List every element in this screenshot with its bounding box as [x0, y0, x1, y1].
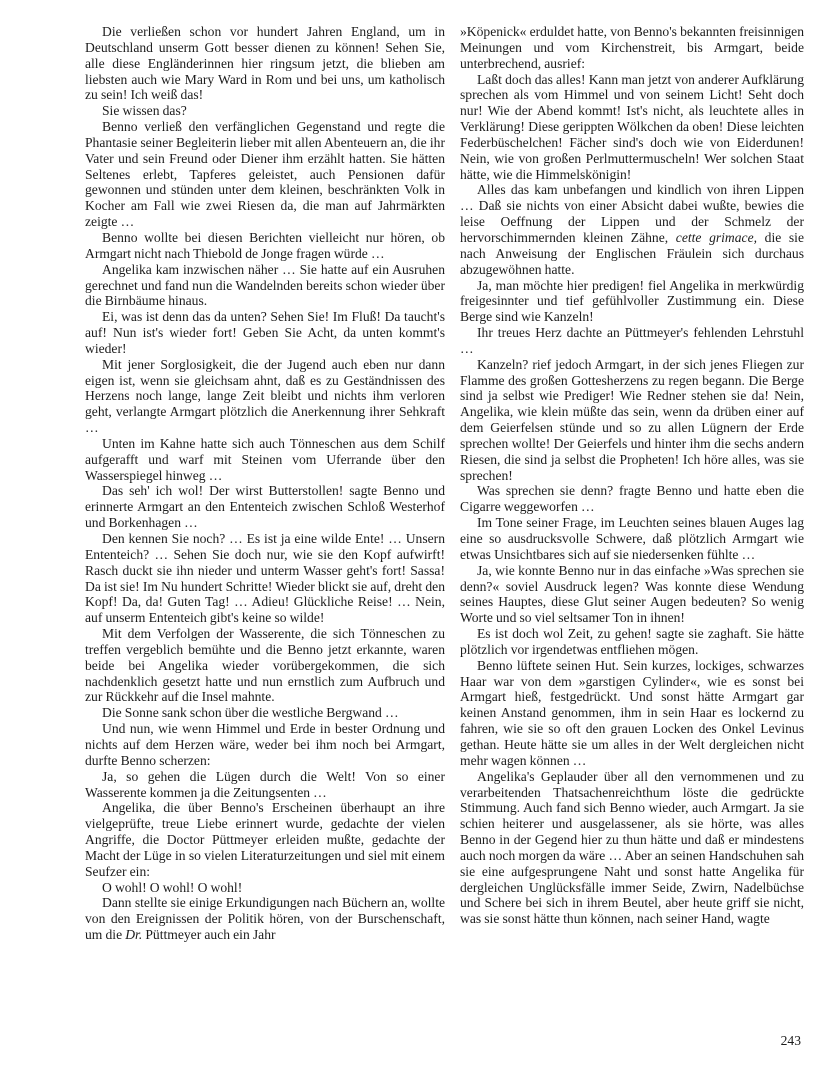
text-run: Mit dem Verfolgen der Wasserente, die si…	[85, 626, 445, 704]
text-run: Mit jener Sorglosigkeit, die der Jugend …	[85, 357, 445, 435]
paragraph: Benno lüftete seinen Hut. Sein kurzes, l…	[460, 658, 804, 769]
paragraph: Ja, wie konnte Benno nur in das einfache…	[460, 563, 804, 626]
text-run: »Köpenick« erduldet hatte, von Benno's b…	[460, 24, 804, 71]
paragraph: Angelika's Geplauder über all den vernom…	[460, 769, 804, 927]
paragraph: Alles das kam unbefangen und kindlich vo…	[460, 182, 804, 277]
text-run: Püttmeyer auch ein Jahr	[142, 927, 275, 942]
text-run: Im Tone seiner Frage, im Leuchten seines…	[460, 515, 804, 562]
text-columns: Die verließen schon vor hundert Jahren E…	[85, 24, 804, 943]
text-run: Angelika kam inzwischen näher … Sie hatt…	[85, 262, 445, 309]
paragraph: Angelika kam inzwischen näher … Sie hatt…	[85, 262, 445, 310]
text-run: Unten im Kahne hatte sich auch Tönnesche…	[85, 436, 445, 483]
text-run: Ei, was ist denn das da unten? Sehen Sie…	[85, 309, 445, 356]
italic-text: cette grimace,	[676, 230, 757, 245]
paragraph: Benno verließ den verfänglichen Gegensta…	[85, 119, 445, 230]
paragraph: Dann stellte sie einige Erkundigungen na…	[85, 895, 445, 943]
paragraph: Im Tone seiner Frage, im Leuchten seines…	[460, 515, 804, 563]
paragraph: Die Sonne sank schon über die westliche …	[85, 705, 445, 721]
left-column: Die verließen schon vor hundert Jahren E…	[85, 24, 445, 943]
text-run: Ja, so gehen die Lügen durch die Welt! V…	[85, 769, 445, 800]
text-run: Kanzeln? rief jedoch Armgart, in der sic…	[460, 357, 804, 483]
text-run: Laßt doch das alles! Kann man jetzt von …	[460, 72, 804, 182]
italic-text: Dr.	[125, 927, 142, 942]
paragraph: Unten im Kahne hatte sich auch Tönnesche…	[85, 436, 445, 484]
text-run: Benno lüftete seinen Hut. Sein kurzes, l…	[460, 658, 804, 768]
paragraph: Es ist doch wol Zeit, zu gehen! sagte si…	[460, 626, 804, 658]
paragraph: Kanzeln? rief jedoch Armgart, in der sic…	[460, 357, 804, 484]
paragraph: Das seh' ich wol! Der wirst Butterstolle…	[85, 483, 445, 531]
paragraph: Mit jener Sorglosigkeit, die der Jugend …	[85, 357, 445, 436]
right-column: »Köpenick« erduldet hatte, von Benno's b…	[460, 24, 804, 943]
paragraph: Benno wollte bei diesen Berichten vielle…	[85, 230, 445, 262]
paragraph: Sie wissen das?	[85, 103, 445, 119]
text-run: Die Sonne sank schon über die westliche …	[102, 705, 399, 720]
paragraph: »Köpenick« erduldet hatte, von Benno's b…	[460, 24, 804, 72]
text-run: Den kennen Sie noch? … Es ist ja eine wi…	[85, 531, 445, 625]
book-page: Die verließen schon vor hundert Jahren E…	[0, 0, 819, 1065]
paragraph: Ei, was ist denn das da unten? Sehen Sie…	[85, 309, 445, 357]
text-run: Ihr treues Herz dachte an Püttmeyer's fe…	[460, 325, 804, 356]
text-run: Angelika's Geplauder über all den vernom…	[460, 769, 804, 927]
paragraph: Ihr treues Herz dachte an Püttmeyer's fe…	[460, 325, 804, 357]
paragraph: Die verließen schon vor hundert Jahren E…	[85, 24, 445, 103]
text-run: Ja, wie konnte Benno nur in das einfache…	[460, 563, 804, 626]
paragraph: O wohl! O wohl! O wohl!	[85, 880, 445, 896]
text-run: Die verließen schon vor hundert Jahren E…	[85, 24, 445, 102]
text-run: Und nun, wie wenn Himmel und Erde in bes…	[85, 721, 445, 768]
paragraph: Ja, man möchte hier predigen! fiel Angel…	[460, 278, 804, 326]
text-run: Sie wissen das?	[102, 103, 187, 118]
paragraph: Den kennen Sie noch? … Es ist ja eine wi…	[85, 531, 445, 626]
text-run: O wohl! O wohl! O wohl!	[102, 880, 242, 895]
text-run: Ja, man möchte hier predigen! fiel Angel…	[460, 278, 804, 325]
paragraph: Mit dem Verfolgen der Wasserente, die si…	[85, 626, 445, 705]
paragraph: Was sprechen sie denn? fragte Benno und …	[460, 483, 804, 515]
text-run: Benno verließ den verfänglichen Gegensta…	[85, 119, 445, 229]
paragraph: Angelika, die über Benno's Erscheinen üb…	[85, 800, 445, 879]
text-run: Was sprechen sie denn? fragte Benno und …	[460, 483, 804, 514]
text-run: Angelika, die über Benno's Erscheinen üb…	[85, 800, 445, 878]
text-run: Das seh' ich wol! Der wirst Butterstolle…	[85, 483, 445, 530]
text-run: Benno wollte bei diesen Berichten vielle…	[85, 230, 445, 261]
paragraph: Und nun, wie wenn Himmel und Erde in bes…	[85, 721, 445, 769]
paragraph: Ja, so gehen die Lügen durch die Welt! V…	[85, 769, 445, 801]
page-number: 243	[781, 1033, 801, 1049]
text-run: Es ist doch wol Zeit, zu gehen! sagte si…	[460, 626, 804, 657]
paragraph: Laßt doch das alles! Kann man jetzt von …	[460, 72, 804, 183]
